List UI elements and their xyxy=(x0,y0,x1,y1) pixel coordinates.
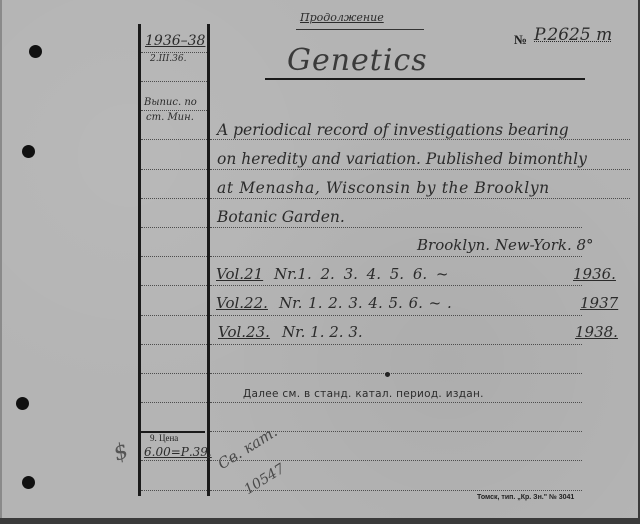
left-rule xyxy=(141,52,207,53)
description-line-3: at Menasha, Wisconsin by the Brooklyn xyxy=(217,179,550,197)
left-rule xyxy=(141,285,207,286)
note-line-1: Выпис. по xyxy=(144,97,197,108)
ink-dot xyxy=(385,372,390,377)
price-label: 9. Цена xyxy=(150,433,178,443)
card-number-prefix: № xyxy=(514,32,527,48)
left-rule xyxy=(141,169,207,170)
punch-hole-1 xyxy=(29,45,42,58)
left-rule xyxy=(141,460,207,461)
holdings-year: 1936. xyxy=(573,265,616,283)
holdings-volume: Vol.21 xyxy=(216,265,263,283)
left-rule xyxy=(141,139,207,140)
holdings-year: 1937 xyxy=(580,294,618,312)
continuation-underline xyxy=(296,29,424,30)
main-rule xyxy=(210,285,582,286)
punch-hole-4 xyxy=(22,476,35,489)
left-rule xyxy=(141,256,207,257)
main-rule xyxy=(210,460,582,461)
main-rule xyxy=(210,490,582,491)
left-column-border-left xyxy=(138,24,141,246)
left-rule xyxy=(141,344,207,345)
holdings-issues: Nr.1. 2. 3. 4. 5. 6. ~ xyxy=(274,265,448,283)
sub-date: 2.III.36. xyxy=(150,54,186,64)
holdings-year: 1938. xyxy=(575,323,618,341)
punch-hole-3 xyxy=(16,397,29,410)
holdings-volume: Vol.23. xyxy=(218,323,270,341)
left-column-border-left-lower xyxy=(138,246,141,496)
margin-mark: $ xyxy=(110,438,132,466)
holdings-volume: Vol.22. xyxy=(216,294,268,312)
left-rule xyxy=(141,315,207,316)
left-rule xyxy=(141,402,207,403)
years-range: 1936–38 xyxy=(145,33,205,49)
description-line-2: on heredity and variation. Published bim… xyxy=(217,150,587,168)
main-rule xyxy=(210,198,630,199)
left-rule xyxy=(141,373,207,374)
main-rule xyxy=(210,256,582,257)
description-line-1: A periodical record of investigations be… xyxy=(217,121,569,139)
left-rule xyxy=(141,81,207,82)
punch-hole-2 xyxy=(22,145,35,158)
main-rule xyxy=(210,315,582,316)
continuation-label: Продолжение xyxy=(300,11,384,24)
left-rule xyxy=(141,490,207,491)
printer-mark: Томск, тип. „Кр. Зн." № 3041 xyxy=(477,494,574,501)
main-rule xyxy=(210,402,582,403)
main-rule xyxy=(210,169,630,170)
holdings-issues: Nr. 1. 2. 3. xyxy=(282,323,363,341)
left-rule xyxy=(141,227,207,228)
annotation-line-2: 10547 xyxy=(242,461,288,498)
continuation-note: Далее см. в станд. катал. период. издан. xyxy=(243,388,484,400)
main-rule xyxy=(210,373,582,374)
description-line-4: Botanic Garden. xyxy=(217,208,345,226)
main-rule xyxy=(210,344,582,345)
title-rule xyxy=(265,78,585,80)
left-rule xyxy=(141,198,207,199)
catalog-card: Продолжение № P.2625 m Genetics 1936–38 … xyxy=(0,0,638,518)
main-rule xyxy=(210,139,630,140)
place-of-publication: Brooklyn. New-York. 8° xyxy=(417,236,594,254)
price-value: 6.00=Р.39. xyxy=(144,445,212,459)
journal-title: Genetics xyxy=(287,43,428,78)
left-rule xyxy=(141,110,207,111)
main-rule xyxy=(210,227,582,228)
card-number: P.2625 m xyxy=(534,25,612,45)
holdings-issues: Nr. 1. 2. 3. 4. 5. 6. ~ . xyxy=(279,294,452,312)
note-line-2: ст. Мин. xyxy=(146,112,194,123)
left-column-border-right xyxy=(207,24,210,234)
